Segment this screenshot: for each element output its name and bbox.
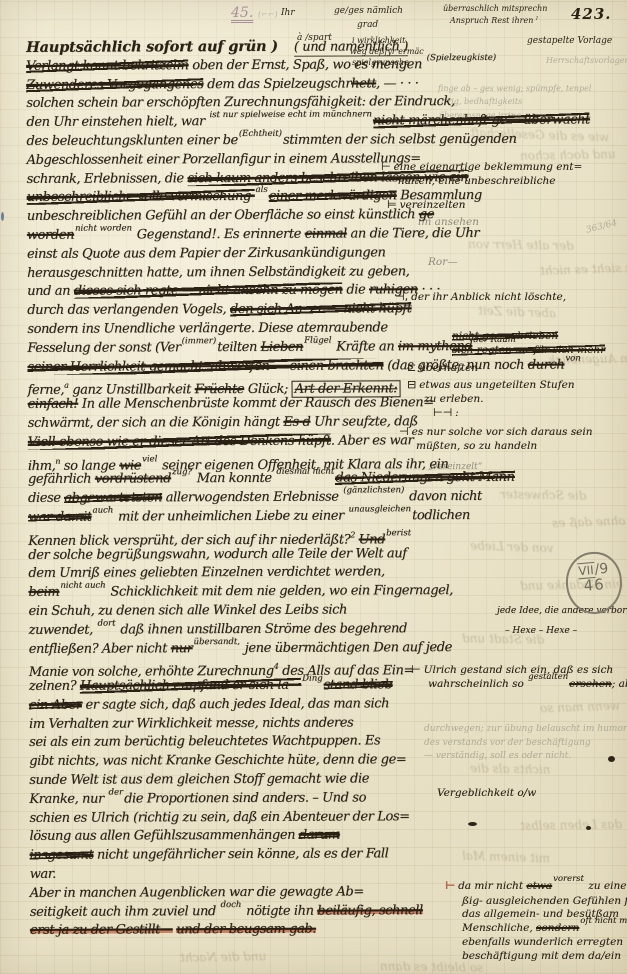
manuscript-line: ein Schuh, zu denen sich alle Winkel des…: [28, 601, 434, 622]
text-segment: nur: [171, 641, 193, 656]
manuscript-line: Kennen blick versprüht, der sich auf ihr…: [28, 526, 434, 547]
manuscript-line: war damitauch mit der unheimlichen Liebe…: [28, 507, 434, 528]
text-segment: todlichen: [412, 508, 470, 523]
manuscript-line: zelnen? Hauptsächlich empfand er sich la…: [29, 676, 435, 697]
text-segment: Man konnte: [193, 471, 275, 486]
page-number: 423.: [571, 5, 612, 23]
text-segment: einmal: [305, 226, 347, 241]
text-segment: ebenfalls wunderlich erregten: [462, 936, 623, 948]
text-segment: daß ihnen unstillbaren Ströme des begehr…: [117, 621, 407, 637]
manuscript-line: wordennicht worden Gegenstand!. Es erinn…: [27, 225, 433, 246]
text-segment: nötigte ihn: [242, 903, 317, 918]
bleedthrough-line: mit einem Mal: [462, 848, 551, 865]
manuscript-line: Manie von solche, erhöhte Zurechnung4 de…: [29, 657, 435, 678]
text-segment: ein Schuh, zu denen sich alle Winkel des…: [28, 602, 346, 618]
ink-blot: [468, 822, 477, 826]
header-annotation: gestapelte Vorlage: [527, 36, 612, 46]
text-segment: schrank, Erlebnissen, die: [27, 171, 188, 187]
text-segment: durchwegen; zur übung belauscht im humor: [424, 724, 627, 734]
text-segment: zuwendet,: [29, 622, 97, 637]
bleedthrough-line: so bleibt es dann: [380, 959, 484, 974]
text-segment: insgesamt: [30, 848, 94, 863]
bleedthrough-line: die Schwester: [500, 487, 587, 503]
text-segment: allerwogendsten Erlebnisse: [162, 490, 342, 506]
margin-note: ⊟etwas aus ungeteilten Stufenzu erleben.: [424, 378, 575, 406]
text-segment: (Spielzeugkiste): [427, 53, 497, 63]
header-annotation: Herrschaftsvorlagen: [546, 56, 627, 66]
bleedthrough-line: man sieht es nicht: [540, 260, 627, 278]
header-annotation: Anspruch Rest ihren ˀ: [450, 16, 538, 26]
text-segment: Aber in manchen Augenblicken war die gew…: [30, 884, 364, 900]
text-segment: ein Aber: [29, 698, 82, 713]
manuscript-line: war.: [30, 864, 436, 885]
text-segment: den sich An- er — nicht hüpft: [230, 301, 412, 317]
text-segment: die: [343, 283, 370, 298]
manuscript-line: insgesamt nicht ungefährlicher sein könn…: [30, 845, 436, 866]
stamp-page-number: 46: [568, 575, 621, 596]
margin-note: durchwegen; zur übung belauscht im humor…: [424, 723, 627, 764]
text-segment: der solche begrüßungswahn, wodurch alle …: [28, 546, 406, 563]
text-segment: des verstands vor der beschäftigung: [424, 738, 591, 748]
text-segment: erst ja zu der Gestillt—: [30, 923, 173, 939]
text-segment: den Uhr einstehen hielt, war: [26, 114, 208, 130]
manuscript-line: seitigkeit auch ihm zuviel und doch nöti…: [30, 902, 436, 923]
bleedthrough-line: ohne daß es: [552, 514, 626, 531]
text-segment: unbeschreibliche volle vermischung: [27, 189, 255, 205]
text-segment: In alle Menschenbrüste kommt der Rausch …: [78, 395, 434, 412]
text-segment: . Aber es war: [331, 433, 413, 448]
manuscript-line: schrank, Erlebnissen, die sich kaum ande…: [27, 169, 433, 190]
manuscript-line: einfach! In alle Menschenbrüste kommt de…: [28, 394, 434, 415]
text-segment: dem das Spielzeugschr: [203, 76, 351, 92]
manuscript-line: entfließen? Aber nicht nurübersandt, jen…: [29, 639, 435, 660]
text-segment: Abgeschlossenheit einer Porzellanfigur i…: [27, 151, 421, 168]
text-segment: der: [108, 787, 123, 797]
bleedthrough-line: wenn man so: [540, 699, 621, 716]
margin-note: ⊣es nur solche vor sich daraus seinmüßte…: [416, 425, 593, 453]
manuscript-line: Hauptsächlich sofort auf grün )( und nam…: [26, 37, 432, 58]
text-segment: war.: [30, 867, 56, 882]
text-segment: war damit: [28, 510, 91, 525]
text-segment: Verlangt konnt bekritzelm: [26, 58, 188, 74]
header-annotation: (⌐⌐): [258, 10, 278, 20]
text-segment: einfach!: [28, 397, 79, 412]
text-segment: jene übermächtigen Den auf jede: [241, 640, 452, 656]
manuscript-line: sei als ein zum berüchtig beleuchtetes W…: [29, 733, 435, 754]
text-segment: nicht märchenhaft ge— überwacht: [373, 113, 590, 129]
text-segment: Besammlung: [396, 188, 481, 203]
text-segment: vordrüstend: [95, 472, 171, 487]
manuscript-line: gibt nichts, was nicht Kranke Geschichte…: [29, 751, 435, 772]
bleedthrough-line: die Stadt und: [462, 631, 544, 646]
text-segment: von: [565, 353, 580, 363]
margin-note: Vergeblichkeit o∕w: [437, 787, 536, 801]
text-segment: und der beugsam gab.: [176, 922, 316, 938]
text-segment: zug?: [172, 467, 192, 477]
text-segment: Ding: [302, 674, 322, 684]
text-segment: durch: [528, 357, 565, 372]
text-segment: sondern: [536, 922, 579, 934]
manuscript-line: seiner Herrlichkeit gemacht, abwerfen — …: [27, 357, 433, 378]
text-segment: Gegenstand!. Es erinnerte: [133, 227, 305, 243]
text-segment: nicht auch: [60, 581, 105, 591]
text-segment: er sagte sich, daß auch jedes Ideal, das…: [82, 696, 389, 712]
manuscript-line: lösung aus allen Gefühlszusammenhängen d…: [29, 827, 435, 848]
text-segment: davon nicht: [405, 489, 482, 504]
text-segment: Ulrich gestand sich ein, daß es sich: [424, 664, 614, 676]
text-segment: stand blieb: [324, 677, 393, 692]
text-segment: darum: [299, 828, 340, 843]
text-segment: Schicklichkeit mit dem nie gelden, wo ei…: [107, 583, 453, 600]
text-segment: (gänzlichsten): [343, 485, 404, 495]
text-segment: Zuwenderes Vorgegangenes: [26, 77, 203, 93]
text-segment: ge: [419, 207, 434, 222]
margin-note: ⊢da mir nicht etwavorerst zu einem rü=ßi…: [462, 879, 627, 963]
text-segment: das Niederungen geht Mann: [335, 470, 514, 486]
text-segment: ßig- ausgleichenden Gefühlen für: [462, 895, 627, 907]
ink-blot: [586, 826, 591, 830]
text-segment: durch das verlangenden Vogels,: [27, 302, 230, 318]
text-segment: gefährlich: [28, 472, 95, 487]
text-segment: sondern ins Unendliche verlängerte. Dies…: [27, 320, 387, 337]
manuscript-line: erst ja zu der Gestillt— und der beugsam…: [30, 921, 436, 942]
text-segment: lösung aus allen Gefühlszusammenhängen: [29, 828, 298, 844]
text-segment: ersehen: [569, 678, 612, 690]
text-segment: einst als Quote aus dem Papier der Zirku…: [27, 245, 386, 262]
bleedthrough-line: von der Liebe: [470, 539, 554, 556]
text-segment: sunde Welt ist aus dem gleichen Stoff ge…: [29, 771, 369, 787]
text-segment: Viell ebenso wie er dieser Art des Denke…: [28, 433, 331, 449]
text-segment: (das größte, nun noch: [383, 357, 527, 373]
manuscript-line: herausgeschnitten hatte, um ihnen Selbst…: [27, 263, 433, 284]
manuscript-line: durch das verlangenden Vogels, den sich …: [27, 300, 433, 321]
text-segment: · · ·: [418, 282, 440, 297]
text-segment: zu einem rü=: [585, 880, 627, 892]
text-segment: des beleuchtungsklunten einer be: [26, 133, 237, 149]
text-segment: beschäftigung mit dem da∕ein: [462, 950, 621, 962]
header-annotation: überraschlich mitsprechn: [443, 4, 547, 14]
ink-blot: [1, 212, 4, 221]
text-segment: unausgleichen: [349, 504, 412, 514]
manuscript-line: den Uhr einstehen hielt, war ist nur spi…: [26, 112, 432, 133]
text-segment: berist: [386, 528, 411, 538]
manuscript-line: und an dieses sich regte — nicht ansehn …: [27, 281, 433, 302]
bleedthrough-line: nichts als die: [470, 761, 551, 776]
manuscript-line: Viell ebenso wie er dieser Art des Denke…: [28, 432, 434, 453]
text-segment: gibt nichts, was nicht Kranke Geschichte…: [29, 753, 406, 770]
bleedthrough-line: der alte Herr von: [468, 237, 574, 253]
text-segment: — verständig, soll es oder nicht.: [424, 751, 571, 761]
text-segment: , — · · ·: [376, 76, 419, 91]
text-segment: einer merkwürdigen: [269, 189, 397, 205]
header-annotation: ge∕ges nämlich: [334, 6, 403, 16]
text-segment: beiläufig, schnell: [317, 903, 423, 918]
manuscript-line: unbeschreibliche volle vermischung alsei…: [27, 187, 433, 208]
manuscript-line: ferne,a ganz Unstillbarkeit Früchte Glüc…: [28, 375, 434, 396]
manuscript-line: Abgeschlossenheit einer Porzellanfigur i…: [27, 150, 433, 171]
text-segment: Hauptsächlich sofort auf grün ): [26, 38, 278, 56]
manuscript-line: ihm,n so lange wieviel seiner eigenen Of…: [28, 451, 434, 472]
text-segment: diesmal nicht: [276, 467, 334, 477]
text-segment: herausgeschnitten hatte, um ihnen Selbst…: [27, 264, 409, 281]
bleedthrough-line: das Leben selbst: [520, 817, 622, 833]
manuscript-line: ein Aber er sagte sich, daß auch jedes I…: [29, 695, 435, 716]
text-segment: übersandt,: [193, 636, 240, 646]
manuscript-line: Zuwenderes Vorgegangenes dem das Spielze…: [26, 75, 432, 96]
text-segment: dem Umriß eines geliebten Einzelnen verd…: [28, 565, 384, 582]
text-segment: diese: [28, 491, 64, 506]
bleedthrough-line: und doch schon: [520, 147, 616, 163]
manuscript-line: der solche begrüßungswahn, wodurch alle …: [28, 545, 434, 566]
text-segment: wahrscheinlich so: [428, 678, 527, 690]
text-segment: etwa: [526, 880, 552, 892]
text-segment: seitigkeit auch ihm zuviel und: [30, 904, 220, 920]
manuscript-line: schien es Ulrich (richtig zu sein, daß e…: [29, 808, 435, 829]
text-segment: :: [455, 407, 459, 419]
text-segment: der Raum: [473, 335, 515, 345]
text-segment: Kranke, nur: [29, 791, 107, 806]
manuscript-line: schwärmt, der sich an die Königin hängt …: [28, 413, 434, 434]
text-segment: Lieben: [261, 339, 304, 354]
text-segment: Hauptsächlich empfand er sich la—: [80, 678, 301, 694]
manuscript-line: Kranke, nur derdie Proportionen sind and…: [29, 789, 435, 810]
text-segment: (Echtheit): [239, 129, 282, 139]
text-segment: zelnen?: [29, 679, 80, 694]
text-segment: (immer): [182, 336, 217, 346]
text-segment: oft nicht mehr: [580, 916, 627, 926]
text-segment: dieses sich regte — nicht ansehn zu möge…: [74, 283, 343, 299]
text-segment: worden: [27, 228, 74, 243]
text-segment: und an: [27, 284, 74, 299]
text-segment: oben der Ernst, Spaß, wo es mengen: [189, 57, 426, 73]
text-segment: seiner Herrlichkeit gemacht, abwerfen — …: [27, 358, 383, 375]
folio-number: 45.: [231, 5, 253, 21]
text-segment: Uhr seufzte, daß: [310, 414, 417, 429]
text-segment: unbeschreiblichen Gefühl an der Oberfläc…: [27, 207, 419, 224]
text-segment: an die Tiere, die Uhr: [347, 226, 480, 242]
text-segment: Flügel: [304, 335, 331, 345]
text-segment: da mir nicht: [458, 880, 526, 892]
manuscript-line: einst als Quote aus dem Papier der Zirku…: [27, 244, 433, 265]
main-text-block: Hauptsächlich sofort auf grün )( und nam…: [26, 37, 436, 941]
text-segment: stimmten der sich selbst genügenden: [283, 132, 517, 148]
text-segment: schwärmt, der sich an die Königin hängt: [28, 415, 284, 431]
text-segment: nicht ungefährlicher sein könne, als es …: [93, 847, 388, 863]
manuscript-line: Verlangt konnt bekritzelm oben der Ernst…: [26, 56, 432, 77]
header-annotation: finge ab – ges wenig; spümpfe, tenpel: [438, 84, 591, 94]
header-annotation: Ihr: [281, 8, 295, 18]
manuscript-line: des beleuchtungsklunten einer be(Echthei…: [26, 131, 432, 152]
manuscript-line: Fesselung der sonst (Ver(immer)teilten L…: [27, 338, 433, 359]
text-segment: nicht worden: [75, 223, 132, 233]
margin-note: 363∕64: [585, 217, 619, 238]
bleedthrough-line: und die Nacht: [180, 949, 267, 965]
text-segment: im Verhalten zur Wirklichkeit messe, nic…: [29, 715, 353, 731]
text-segment: als: [256, 185, 268, 195]
text-segment: Fesselung der sonst (Ver: [27, 340, 180, 356]
text-segment: es nur solche vor sich daraus sein: [412, 426, 593, 438]
margin-note: ⊢Ulrich gestand sich ein, daß es sichwah…: [428, 663, 627, 692]
text-segment: entfließen? Aber nicht: [29, 641, 171, 657]
text-segment: solchen schein bar erschöpften Zurechnun…: [26, 94, 454, 111]
header-annotation: grad: [357, 20, 378, 30]
text-segment: im mythend: [398, 339, 472, 354]
text-segment: mit der unheimlichen Liebe zu einer: [114, 508, 347, 524]
text-segment: Kräfte an: [332, 339, 398, 354]
text-segment: gestalten: [528, 672, 568, 682]
manuscript-line: beimnicht auch Schicklichkeit mit dem ni…: [28, 582, 434, 603]
text-segment: sei als ein zum berüchtig beleuchtetes W…: [29, 734, 380, 751]
manuscript-page: (⌐⌐)Ihrge∕ges nämlichgradüberraschlich m…: [0, 0, 627, 974]
bleedthrough-line: aber die Zeit: [478, 304, 556, 321]
text-segment: auch: [92, 505, 113, 515]
manuscript-line: sunde Welt ist aus dem gleichen Stoff ge…: [29, 770, 435, 791]
text-segment: Vergeblichkeit o∕w: [437, 787, 536, 799]
text-segment: Menschliche,: [462, 922, 536, 934]
manuscript-line: sondern ins Unendliche verlängerte. Dies…: [27, 319, 433, 340]
text-segment: beim: [28, 585, 59, 600]
text-segment: doch: [221, 900, 242, 910]
text-segment: ist nur spielweise echt im münchnern: [209, 110, 371, 121]
text-segment: teilten: [217, 340, 261, 355]
margin-note: ⊢⊣:: [450, 406, 459, 421]
manuscript-line: im Verhalten zur Wirklichkeit messe, nic…: [29, 714, 435, 735]
ink-blot: [608, 756, 615, 762]
text-segment: Es d: [283, 415, 310, 430]
text-segment: müßten, so zu handeln: [416, 440, 537, 452]
text-segment: sich kaum anders beschreiben lassen wie …: [187, 170, 468, 186]
text-segment: hett: [351, 76, 376, 91]
text-segment: viel: [142, 454, 157, 464]
text-segment: dort: [97, 618, 115, 628]
text-segment: abgewartetsten: [64, 490, 162, 505]
edit-mark-icon: ⊢⊣: [433, 406, 452, 420]
text-segment: ruhigen: [369, 283, 418, 298]
text-segment: schien es Ulrich (richtig zu sein, daß e…: [29, 809, 409, 826]
text-segment: 363∕64: [585, 218, 618, 235]
text-segment: vorerst: [553, 874, 584, 884]
text-segment: etwas aus ungeteilten Stufen: [419, 379, 574, 391]
text-segment: ; aber: [612, 678, 627, 690]
edit-mark-icon: ⊢: [445, 879, 455, 893]
text-segment: ( und namentlich ): [294, 39, 408, 56]
text-segment: die Proportionen sind anders. – Und so: [124, 790, 366, 806]
